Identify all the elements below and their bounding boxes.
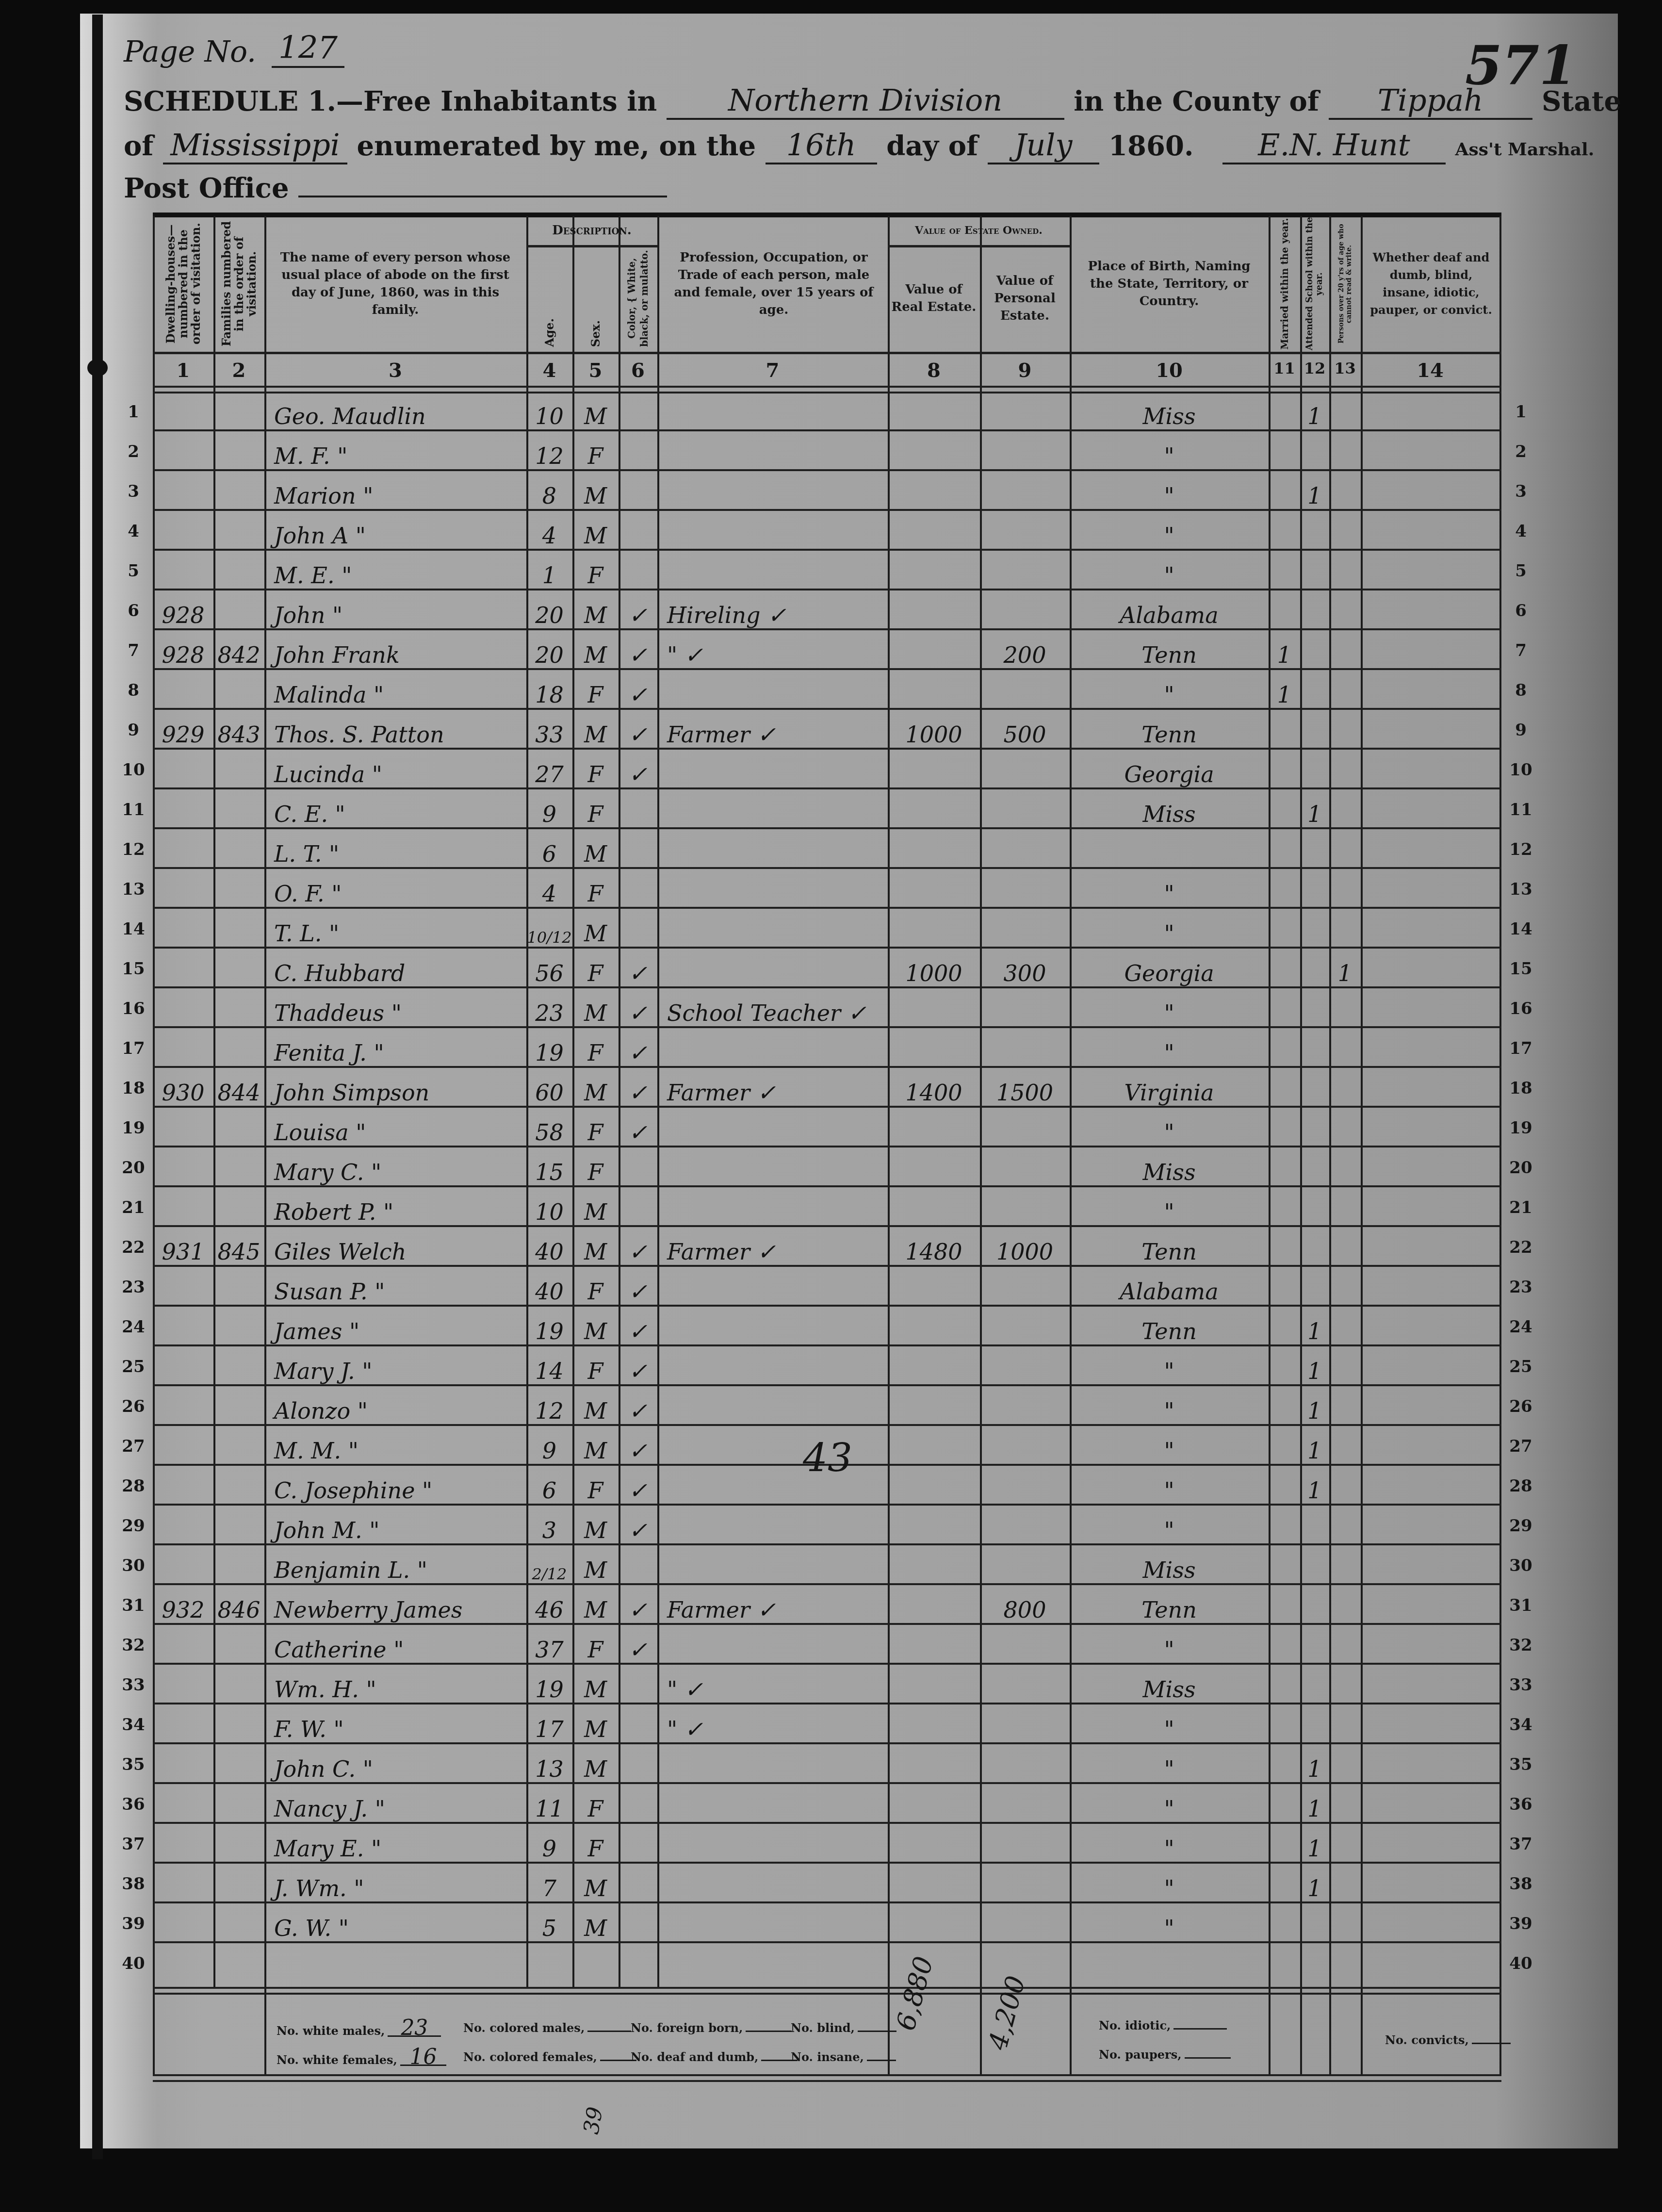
infirmity (1361, 992, 1499, 1026)
person-name: Thos. S. Patton (274, 714, 526, 748)
line-number-right: 25 (1506, 1357, 1535, 1376)
personal-estate-value (980, 833, 1070, 867)
sex: M (572, 1868, 619, 1901)
sex: F (572, 555, 619, 589)
person-name: M. F. " (274, 435, 526, 469)
color-mark: ✓ (619, 1509, 657, 1543)
age: 12 (526, 435, 572, 469)
age: 17 (526, 1708, 572, 1742)
real-estate-value (888, 1350, 980, 1384)
real-estate-value (888, 1589, 980, 1623)
occupation (667, 1151, 888, 1185)
illiterate-mark (1329, 833, 1361, 867)
family-number: 846 (213, 1589, 264, 1623)
line-number-left: 24 (119, 1317, 148, 1337)
census-table: Description. Value of Estate Owned. Dwel… (153, 216, 1501, 2074)
married-mark (1269, 555, 1300, 589)
occupation (667, 435, 888, 469)
married-mark (1269, 1868, 1300, 1901)
real-estate-value (888, 555, 980, 589)
sex: F (572, 1112, 619, 1146)
sex: F (572, 793, 619, 827)
person-name: M. E. " (274, 555, 526, 589)
col-header-real-estate: Value of Real Estate. (888, 245, 980, 352)
sex: M (572, 1390, 619, 1424)
age: 1 (526, 555, 572, 589)
summary-colored-females: No. colored females, (463, 2050, 636, 2064)
personal-estate-value (980, 1708, 1070, 1742)
margin-tally-note: 43 (803, 1435, 852, 1480)
family-number (213, 1828, 264, 1862)
personal-estate-value (980, 1112, 1070, 1146)
infirmity (1361, 435, 1499, 469)
dwelling-number (153, 435, 213, 469)
occupation (667, 395, 888, 429)
personal-estate-value (980, 1947, 1070, 1981)
birthplace: " (1070, 1032, 1269, 1066)
dwelling-number (153, 913, 213, 947)
family-number (213, 555, 264, 589)
line-number-left: 10 (119, 760, 148, 780)
line-number-right: 20 (1506, 1158, 1535, 1178)
illiterate-mark (1329, 1589, 1361, 1623)
dwelling-number (153, 1390, 213, 1424)
color-mark (619, 913, 657, 947)
line-number-left: 19 (119, 1118, 148, 1138)
family-number (213, 833, 264, 867)
married-mark (1269, 1032, 1300, 1066)
sex: F (572, 952, 619, 986)
real-estate-value (888, 1430, 980, 1464)
family-number (213, 1708, 264, 1742)
table-row: Malinda "18F✓"188 (153, 670, 1501, 710)
sex: M (572, 1669, 619, 1703)
person-name: C. Hubbard (274, 952, 526, 986)
line-number-right: 32 (1506, 1636, 1535, 1655)
dwelling-number (153, 1430, 213, 1464)
dwelling-number: 928 (153, 594, 213, 628)
sex: M (572, 992, 619, 1026)
color-mark (619, 1669, 657, 1703)
personal-estate-value: 1000 (980, 1231, 1070, 1265)
illiterate-mark (1329, 594, 1361, 628)
rows-bottom-rule (153, 1987, 1501, 1989)
age: 15 (526, 1151, 572, 1185)
illiterate-mark (1329, 873, 1361, 907)
person-name: Robert P. " (274, 1191, 526, 1225)
infirmity (1361, 634, 1499, 668)
line-number-left: 22 (119, 1238, 148, 1257)
col-number: 6 (619, 359, 657, 382)
line-number-left: 4 (119, 522, 148, 541)
table-row: O. F. "4F"1313 (153, 869, 1501, 909)
infirmity (1361, 594, 1499, 628)
color-mark: ✓ (619, 594, 657, 628)
person-name: Susan P. " (274, 1271, 526, 1305)
table-row: 930844John Simpson60M✓Farmer ✓14001500Vi… (153, 1068, 1501, 1108)
occupation: School Teacher ✓ (667, 992, 888, 1026)
occupation (667, 1788, 888, 1822)
sex: F (572, 1271, 619, 1305)
line-number-left: 33 (119, 1675, 148, 1695)
occupation (667, 873, 888, 907)
color-mark: ✓ (619, 1430, 657, 1464)
sex: M (572, 913, 619, 947)
birthplace: " (1070, 1390, 1269, 1424)
line-number-left: 15 (119, 959, 148, 979)
real-estate-value (888, 435, 980, 469)
birthplace: " (1070, 475, 1269, 509)
birthplace (1070, 833, 1269, 867)
school-mark (1300, 913, 1329, 947)
illiterate-mark (1329, 1112, 1361, 1146)
line-number-right: 38 (1506, 1874, 1535, 1894)
white-males-value: 23 (388, 2021, 441, 2037)
sex: M (572, 1748, 619, 1782)
infirmity (1361, 1231, 1499, 1265)
table-row: Marion "8M"133 (153, 471, 1501, 511)
illiterate-mark: 1 (1329, 952, 1361, 986)
married-mark (1269, 992, 1300, 1026)
age: 8 (526, 475, 572, 509)
sex: F (572, 754, 619, 787)
illiterate-mark (1329, 674, 1361, 708)
illiterate-mark (1329, 1629, 1361, 1663)
family-number (213, 1151, 264, 1185)
summary-white-males: No. white males,23 (277, 2021, 441, 2038)
table-row: John A "4M"44 (153, 511, 1501, 551)
enumerated-label: enumerated by me, on the (357, 130, 756, 162)
real-estate-value: 1000 (888, 714, 980, 748)
dwelling-number (153, 1151, 213, 1185)
married-mark (1269, 1430, 1300, 1464)
illiterate-mark (1329, 913, 1361, 947)
married-mark (1269, 1509, 1300, 1543)
dwelling-number: 928 (153, 634, 213, 668)
table-row: T. L. "10/12M"1414 (153, 909, 1501, 949)
line-number-right: 29 (1506, 1516, 1535, 1536)
line-number-right: 8 (1506, 681, 1535, 700)
family-number (213, 1748, 264, 1782)
real-estate-value (888, 1032, 980, 1066)
line-number-left: 11 (119, 800, 148, 819)
married-mark (1269, 714, 1300, 748)
table-row: Mary J. "14F✓"12525 (153, 1346, 1501, 1386)
family-number (213, 1390, 264, 1424)
personal-estate-value (980, 754, 1070, 787)
table-row: 932846Newberry James46M✓Farmer ✓800Tenn3… (153, 1585, 1501, 1625)
real-estate-value (888, 1470, 980, 1504)
school-mark (1300, 1032, 1329, 1066)
occupation: Farmer ✓ (667, 714, 888, 748)
occupation (667, 1430, 888, 1464)
illiterate-mark (1329, 1271, 1361, 1305)
real-estate-value (888, 1788, 980, 1822)
infirmity (1361, 1907, 1499, 1941)
table-row: John M. "3M✓"2929 (153, 1506, 1501, 1545)
family-number (213, 1669, 264, 1703)
infirmity (1361, 833, 1499, 867)
color-mark (619, 395, 657, 429)
color-mark: ✓ (619, 674, 657, 708)
personal-estate-value: 1500 (980, 1072, 1070, 1106)
col-number: 11 (1269, 359, 1300, 377)
family-number (213, 1430, 264, 1464)
school-mark (1300, 1191, 1329, 1225)
illiterate-mark (1329, 714, 1361, 748)
family-number: 844 (213, 1072, 264, 1106)
occupation (667, 1390, 888, 1424)
of-label: of (124, 130, 153, 162)
married-mark (1269, 1748, 1300, 1782)
table-row: J. Wm. "7M"13838 (153, 1864, 1501, 1903)
table-row: C. E. "9FMiss11111 (153, 789, 1501, 829)
sex: M (572, 1708, 619, 1742)
sex: M (572, 1907, 619, 1941)
married-mark (1269, 594, 1300, 628)
dwelling-number (153, 1748, 213, 1782)
dwelling-number (153, 1549, 213, 1583)
summary-deaf-dumb: No. deaf and dumb, (631, 2050, 798, 2064)
school-mark: 1 (1300, 1828, 1329, 1862)
table-row: Fenita J. "19F✓"1717 (153, 1028, 1501, 1068)
family-number (213, 1191, 264, 1225)
birthplace: " (1070, 1470, 1269, 1504)
school-mark (1300, 1509, 1329, 1543)
age: 40 (526, 1271, 572, 1305)
color-mark: ✓ (619, 1470, 657, 1504)
school-mark: 1 (1300, 1390, 1329, 1424)
age: 3 (526, 1509, 572, 1543)
line-number-left: 6 (119, 601, 148, 621)
real-estate-value (888, 1907, 980, 1941)
birthplace: " (1070, 873, 1269, 907)
illiterate-mark (1329, 634, 1361, 668)
post-office-line: Post Office (124, 172, 667, 204)
family-number (213, 873, 264, 907)
person-name: Mary C. " (274, 1151, 526, 1185)
real-estate-value (888, 913, 980, 947)
sex: M (572, 1509, 619, 1543)
dwelling-number (153, 1509, 213, 1543)
school-mark: 1 (1300, 395, 1329, 429)
line-number-right: 7 (1506, 641, 1535, 660)
real-estate-value (888, 475, 980, 509)
family-number (213, 1112, 264, 1146)
age: 33 (526, 714, 572, 748)
married-mark (1269, 1390, 1300, 1424)
personal-estate-value: 500 (980, 714, 1070, 748)
schedule-line: SCHEDULE 1.—Free Inhabitants in Northern… (124, 82, 1621, 120)
person-name: Malinda " (274, 674, 526, 708)
sex: M (572, 515, 619, 549)
married-mark (1269, 475, 1300, 509)
birthplace: " (1070, 992, 1269, 1026)
color-mark: ✓ (619, 1589, 657, 1623)
age: 40 (526, 1231, 572, 1265)
age (526, 1947, 572, 1981)
col-number: 3 (264, 359, 526, 382)
person-name: James " (274, 1311, 526, 1344)
family-number (213, 754, 264, 787)
dwelling-number (153, 674, 213, 708)
family-number (213, 475, 264, 509)
illiterate-mark (1329, 1748, 1361, 1782)
birthplace: Georgia (1070, 952, 1269, 986)
color-mark (619, 1907, 657, 1941)
illiterate-mark (1329, 395, 1361, 429)
married-mark (1269, 833, 1300, 867)
col-number: 4 (526, 359, 572, 382)
personal-estate-value (980, 873, 1070, 907)
page-number-label: Page No. (124, 35, 256, 69)
birthplace: " (1070, 435, 1269, 469)
birthplace: Tenn (1070, 1311, 1269, 1344)
age: 4 (526, 873, 572, 907)
occupation: Farmer ✓ (667, 1231, 888, 1265)
family-number: 843 (213, 714, 264, 748)
occupation (667, 952, 888, 986)
occupation (667, 1191, 888, 1225)
birthplace (1070, 1947, 1269, 1981)
line-number-left: 20 (119, 1158, 148, 1178)
married-mark (1269, 754, 1300, 787)
color-mark: ✓ (619, 1032, 657, 1066)
occupation (667, 1509, 888, 1543)
dwelling-number (153, 1191, 213, 1225)
family-number (213, 1509, 264, 1543)
infirmity (1361, 793, 1499, 827)
personal-estate-value (980, 1470, 1070, 1504)
birthplace: " (1070, 1629, 1269, 1663)
real-estate-value (888, 1549, 980, 1583)
family-number: 842 (213, 634, 264, 668)
age: 23 (526, 992, 572, 1026)
married-mark (1269, 1828, 1300, 1862)
line-number-left: 31 (119, 1596, 148, 1615)
married-mark (1269, 1231, 1300, 1265)
infirmity (1361, 1072, 1499, 1106)
person-name: M. M. " (274, 1430, 526, 1464)
infirmity (1361, 1748, 1499, 1782)
school-mark (1300, 952, 1329, 986)
color-mark (619, 1947, 657, 1981)
table-row: Geo. Maudlin10MMiss111 (153, 392, 1501, 431)
illiterate-mark (1329, 1072, 1361, 1106)
school-mark: 1 (1300, 475, 1329, 509)
infirmity (1361, 1868, 1499, 1901)
sex: M (572, 1072, 619, 1106)
table-row: 931845Giles Welch40M✓Farmer ✓14801000Ten… (153, 1227, 1501, 1267)
sex: M (572, 594, 619, 628)
birthplace: Virginia (1070, 1072, 1269, 1106)
line-number-right: 22 (1506, 1238, 1535, 1257)
col-header-name: The name of every person whose usual pla… (274, 226, 517, 342)
dwelling-number: 931 (153, 1231, 213, 1265)
personal-estate-value (980, 515, 1070, 549)
col-number: 5 (572, 359, 619, 382)
dwelling-number (153, 515, 213, 549)
family-number: 845 (213, 1231, 264, 1265)
personal-estate-value (980, 594, 1070, 628)
school-mark (1300, 1231, 1329, 1265)
line-number-left: 26 (119, 1397, 148, 1416)
real-estate-value (888, 1868, 980, 1901)
table-row: Mary E. "9F"13737 (153, 1824, 1501, 1864)
line-number-left: 13 (119, 880, 148, 899)
age: 56 (526, 952, 572, 986)
table-row: Robert P. "10M"2121 (153, 1187, 1501, 1227)
line-number-left: 23 (119, 1278, 148, 1297)
line-number-right: 2 (1506, 442, 1535, 461)
person-name: Mary E. " (274, 1828, 526, 1862)
table-row: Wm. H. "19M" ✓Miss3333 (153, 1665, 1501, 1704)
person-name: Catherine " (274, 1629, 526, 1663)
dwelling-number (153, 1629, 213, 1663)
sex (572, 1947, 619, 1981)
occupation (667, 1748, 888, 1782)
family-number (213, 1350, 264, 1384)
line-number-left: 3 (119, 482, 148, 501)
color-mark: ✓ (619, 1390, 657, 1424)
person-name: O. F. " (274, 873, 526, 907)
infirmity (1361, 952, 1499, 986)
table-row: Lucinda "27F✓Georgia1010 (153, 750, 1501, 789)
personal-estate-value (980, 1191, 1070, 1225)
county-field: Tippah (1329, 82, 1532, 120)
line-number-left: 29 (119, 1516, 148, 1536)
birthplace: Miss (1070, 1549, 1269, 1583)
age: 27 (526, 754, 572, 787)
person-name: Geo. Maudlin (274, 395, 526, 429)
infirmity (1361, 714, 1499, 748)
real-estate-value: 1000 (888, 952, 980, 986)
family-number (213, 952, 264, 986)
school-mark (1300, 1151, 1329, 1185)
school-mark (1300, 833, 1329, 867)
summary-paupers: No. paupers, (1099, 2048, 1231, 2062)
school-mark (1300, 1549, 1329, 1583)
illiterate-mark (1329, 435, 1361, 469)
illiterate-mark (1329, 1868, 1361, 1901)
personal-estate-value (980, 1032, 1070, 1066)
line-number-right: 21 (1506, 1198, 1535, 1217)
married-mark (1269, 435, 1300, 469)
color-mark (619, 1151, 657, 1185)
age: 11 (526, 1788, 572, 1822)
dwelling-number: 930 (153, 1072, 213, 1106)
line-number-left: 12 (119, 840, 148, 859)
marshal-field: E.N. Hunt (1222, 127, 1446, 164)
school-mark (1300, 992, 1329, 1026)
col-number: 1 (153, 359, 213, 382)
personal-estate-value (980, 1828, 1070, 1862)
illiterate-mark (1329, 515, 1361, 549)
infirmity (1361, 475, 1499, 509)
personal-estate-value: 800 (980, 1589, 1070, 1623)
table-row: 929843Thos. S. Patton33M✓Farmer ✓1000500… (153, 710, 1501, 750)
summary-idiotic: No. idiotic, (1099, 2018, 1227, 2032)
dwelling-number (153, 1032, 213, 1066)
school-mark (1300, 754, 1329, 787)
age: 10/12 (526, 913, 572, 947)
line-number-left: 2 (119, 442, 148, 461)
sex: M (572, 475, 619, 509)
state-label: State (1542, 85, 1621, 117)
occupation (667, 913, 888, 947)
family-number (213, 1947, 264, 1981)
table-row: Louisa "58F✓"1919 (153, 1108, 1501, 1147)
